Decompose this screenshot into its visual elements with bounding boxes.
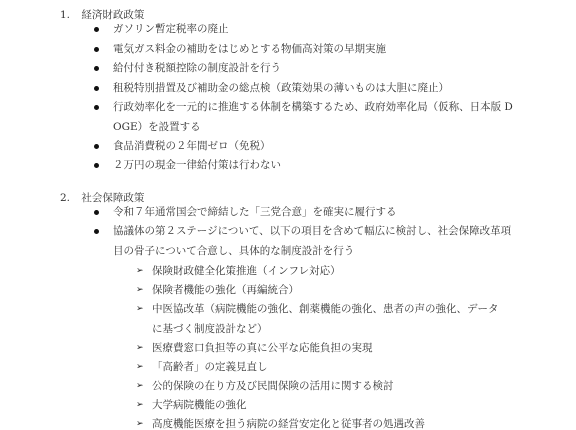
arrow-bullet-icon: ➢ xyxy=(136,262,144,282)
bullet-dot-icon xyxy=(94,27,99,32)
arrow-bullet-icon: ➢ xyxy=(136,281,144,301)
sub-list-item-text: 「高齢者」の定義見直し xyxy=(152,358,502,378)
list-item-text: 令和７年通常国会で締結した「三党合意」を確実に履行する xyxy=(113,203,513,223)
list-item-text: 食品消費税の２年間ゼロ（免税） xyxy=(113,137,513,157)
section-number: 1. xyxy=(60,6,78,24)
arrow-bullet-icon: ➢ xyxy=(136,377,144,397)
list-item-text: 協議体の第２ステージについて、以下の項目を含めて幅広に検討し、社会保障改革項目の… xyxy=(113,222,513,261)
list-item-text: 租税特別措置及び補助金の総点検（政策効果の薄いものは大胆に廃止） xyxy=(113,79,513,99)
sub-list-item-text: 保険者機能の強化（再編統合） xyxy=(152,281,502,301)
arrow-bullet-icon: ➢ xyxy=(136,358,144,378)
bullet-dot-icon xyxy=(94,86,99,91)
bullet-dot-icon xyxy=(94,144,99,149)
arrow-bullet-icon: ➢ xyxy=(136,415,144,430)
sub-list-item-text: 大学病院機能の強化 xyxy=(152,396,502,416)
sub-list-item-text: 中医協改革（病院機能の強化、創薬機能の強化、患者の声の強化、データに基づく制度設… xyxy=(152,300,502,339)
list-item-text: 電気ガス料金の補助をはじめとする物価高対策の早期実施 xyxy=(113,40,513,60)
list-item-text: ２万円の現金一律給付策は行わない xyxy=(113,156,513,176)
section-number: 2. xyxy=(60,189,78,207)
arrow-bullet-icon: ➢ xyxy=(136,339,144,359)
bullet-dot-icon xyxy=(94,229,99,234)
document-page: 1. 経済財政政策 ガソリン暫定税率の廃止 電気ガス料金の補助をはじめとする物価… xyxy=(0,0,576,430)
arrow-bullet-icon: ➢ xyxy=(136,300,144,320)
sub-list-item-text: 公的保険の在り方及び民間保険の活用に関する検討 xyxy=(152,377,502,397)
bullet-dot-icon xyxy=(94,47,99,52)
bullet-dot-icon xyxy=(94,210,99,215)
sub-list-item-text: 保険財政健全化策推進（インフレ対応） xyxy=(152,262,502,282)
list-item-text: 行政効率化を一元的に推進する体制を構築するため、政府効率化局（仮称、日本版 DO… xyxy=(113,98,513,137)
sub-list-item-text: 高度機能医療を担う病院の経営安定化と従事者の処遇改善 xyxy=(152,415,502,430)
bullet-dot-icon xyxy=(94,105,99,110)
list-item-text: 給付付き税額控除の制度設計を行う xyxy=(113,59,513,79)
bullet-dot-icon xyxy=(94,163,99,168)
bullet-dot-icon xyxy=(94,66,99,71)
arrow-bullet-icon: ➢ xyxy=(136,396,144,416)
list-item-text: ガソリン暫定税率の廃止 xyxy=(113,20,513,40)
sub-list-item-text: 医療費窓口負担等の真に公平な応能負担の実現 xyxy=(152,339,502,359)
